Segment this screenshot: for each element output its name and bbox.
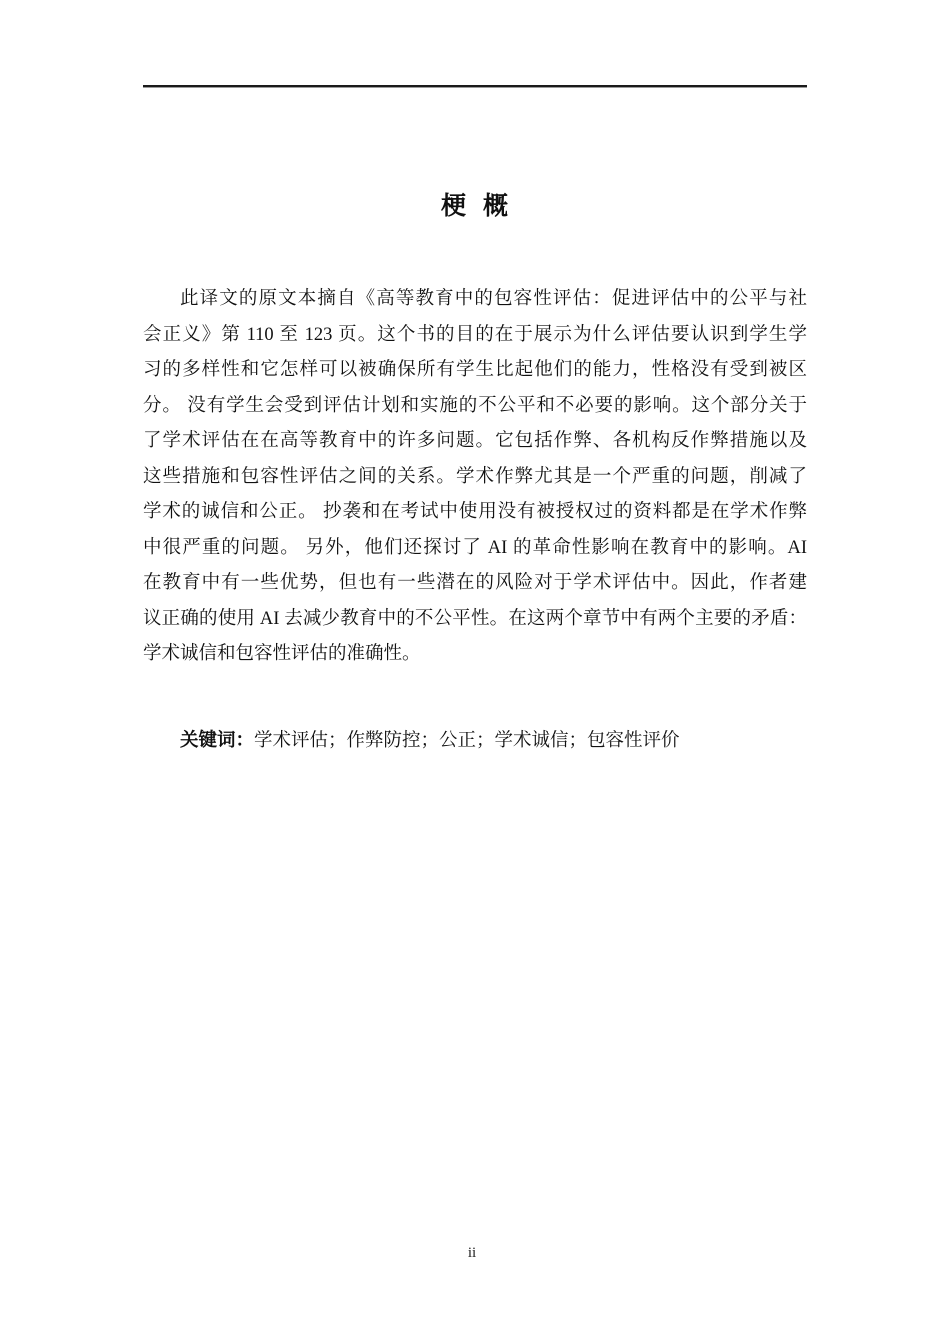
page-title: 梗 概 [0,189,950,225]
body-line: 此译文的原文本摘自《高等教育中的包容性评估：促进评估中的公平与社 [143,282,807,318]
body-line: 了学术评估在在高等教育中的许多问题。它包括作弊、各机构反作弊措施以及 [143,424,807,460]
header-divider-line [143,85,807,88]
body-line: 分。 没有学生会受到评估计划和实施的不公平和不必要的影响。这个部分关于 [143,389,807,425]
keywords-line: 关键词：学术评估；作弊防控；公正；学术诚信；包容性评价 [143,724,807,760]
body-line: 这些措施和包容性评估之间的关系。学术作弊尤其是一个严重的问题，削减了 [143,460,807,496]
body-line: 议正确的使用 AI 去减少教育中的不公平性。在这两个章节中有两个主要的矛盾： [143,602,807,638]
body-line: 学术诚信和包容性评估的准确性。 [143,637,807,673]
keywords-text: 学术评估；作弊防控；公正；学术诚信；包容性评价 [254,731,680,751]
document-page: 梗 概 此译文的原文本摘自《高等教育中的包容性评估：促进评估中的公平与社 会正义… [0,0,950,1344]
abstract-paragraph: 此译文的原文本摘自《高等教育中的包容性评估：促进评估中的公平与社 会正义》第 1… [143,282,807,673]
keywords-label: 关键词： [180,731,254,751]
body-line: 在教育中有一些优势，但也有一些潜在的风险对于学术评估中。因此，作者建 [143,566,807,602]
body-line: 会正义》第 110 至 123 页。这个书的目的在于展示为什么评估要认识到学生学 [143,318,807,354]
body-line: 中很严重的问题。 另外，他们还探讨了 AI 的革命性影响在教育中的影响。AI [143,531,807,567]
body-line: 学术的诚信和公正。 抄袭和在考试中使用没有被授权过的资料都是在学术作弊 [143,495,807,531]
body-line: 习的多样性和它怎样可以被确保所有学生比起他们的能力，性格没有受到被区 [143,353,807,389]
page-number: ii [0,1243,944,1263]
